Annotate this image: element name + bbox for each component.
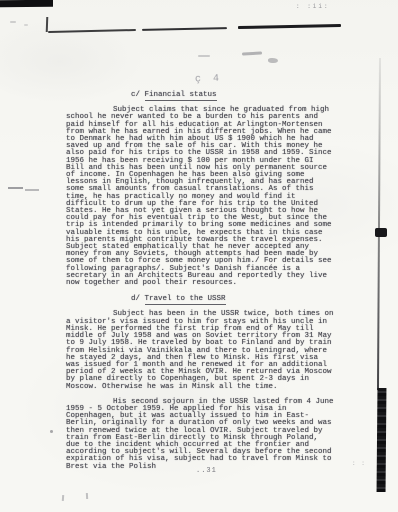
margin-pencil-dash — [25, 189, 39, 191]
section-title: Travel to the USSR — [145, 295, 226, 305]
section-label: d/ — [131, 295, 140, 303]
scan-smudge — [242, 51, 262, 55]
fold-line-segment — [142, 27, 227, 31]
crease-corner-tick — [46, 17, 49, 32]
scan-mark-bottom — [62, 495, 64, 501]
fold-line-segment — [48, 29, 136, 33]
section-heading-financial-status: c/ Financial status — [131, 92, 334, 99]
section-title: Financial status — [145, 91, 217, 101]
scan-mark-top-right: : :ii: — [296, 3, 330, 10]
margin-pencil-dash — [8, 187, 23, 189]
scan-smudge — [268, 58, 278, 63]
page-number: ..31 — [196, 467, 217, 475]
paragraph-second-trip: His second sojourn in the USSR lasted fr… — [66, 399, 334, 471]
stamp-remnant: ç 4 — [195, 74, 222, 86]
margin-dot — [50, 430, 53, 433]
scan-smudge — [198, 55, 210, 57]
scan-mark-bottom — [86, 493, 88, 499]
paragraph-first-trip: Subject has been in the USSR twice, both… — [66, 311, 334, 390]
section-heading-travel-ussr: d/ Travel to the USSR — [131, 296, 334, 303]
scan-smudge — [24, 24, 28, 26]
section-label: c/ — [131, 91, 140, 99]
scanned-document-page: : :ii: ç 4 : : c/ Financial status Subje… — [0, 0, 398, 512]
document-body: c/ Financial status Subject claims that … — [66, 92, 334, 471]
paragraph-financial-status: Subject claims that since he graduated f… — [66, 107, 334, 287]
scan-smudge — [10, 21, 16, 23]
black-corner-bar — [0, 0, 53, 7]
fold-line-segment — [238, 24, 341, 29]
scan-edge-blob — [375, 228, 387, 237]
scan-edge-line — [377, 58, 381, 390]
scan-mark-right: : : — [352, 460, 366, 467]
scan-edge-dark-bar — [377, 388, 387, 492]
